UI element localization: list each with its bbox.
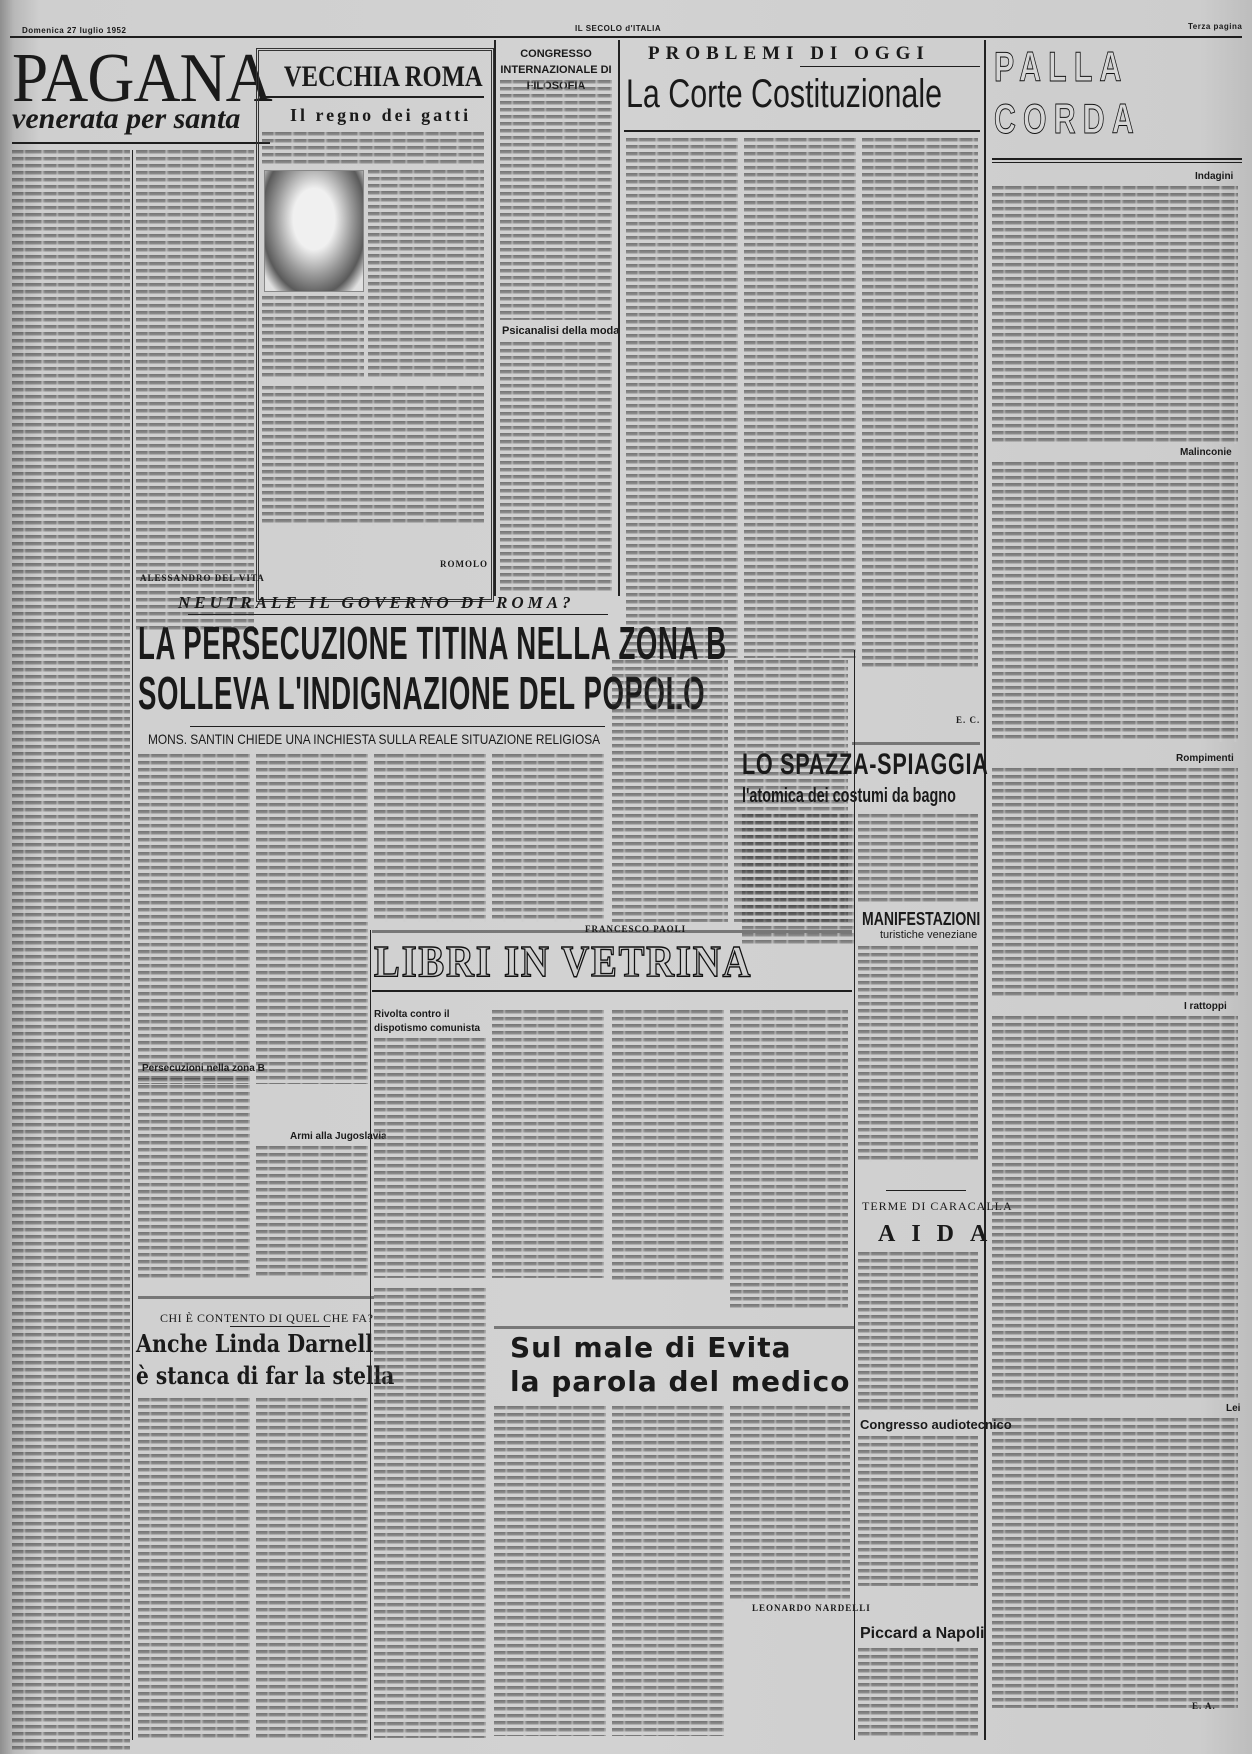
aida-title: AIDA bbox=[878, 1222, 1003, 1246]
pagana-body-col1 bbox=[12, 150, 130, 1750]
newspaper-page: Domenica 27 luglio 1952 IL SECOLO d'ITAL… bbox=[0, 0, 1252, 1754]
issue-date: Domenica 27 luglio 1952 bbox=[22, 26, 126, 35]
zona-b-kicker: NEUTRALE IL GOVERNO DI ROMA? bbox=[178, 594, 575, 611]
zona-b-deck: MONS. SANTIN CHIEDE UNA INCHIESTA SULLA … bbox=[148, 732, 600, 746]
page-label: Terza pagina bbox=[1188, 22, 1242, 31]
vecchia-roma-title: Il regno dei gatti bbox=[290, 106, 471, 124]
palla-subhead-rattoppi: I rattoppi bbox=[1184, 1002, 1227, 1012]
palla-subhead-indagini: Indagini bbox=[1195, 172, 1233, 182]
vecchia-roma-byline: ALESSANDRO DEL VITA bbox=[140, 574, 265, 583]
palla-subhead-malinconie: Malinconie bbox=[1180, 448, 1232, 458]
palla-title: PALLA bbox=[994, 46, 1129, 88]
darnell-title-line2: è stanca di far la stella bbox=[136, 1364, 394, 1388]
congresso-audiotecnico-title: Congresso audiotecnico bbox=[860, 1418, 1012, 1431]
evita-title-line1: Sul male di Evita bbox=[510, 1334, 792, 1362]
vecchia-roma-signature: ROMOLO bbox=[440, 560, 488, 569]
zona-b-subhead-armi: Armi alla Jugoslavia bbox=[290, 1132, 387, 1142]
spazza-spiaggia-title: LO SPAZZA-SPIAGGIA bbox=[742, 750, 989, 780]
vecchia-roma-kicker: VECCHIA ROMA bbox=[284, 62, 483, 92]
piccard-title: Piccard a Napoli bbox=[860, 1626, 985, 1642]
palla-subhead-rompimenti: Rompimenti bbox=[1176, 754, 1234, 764]
libri-subhead: Rivolta contro il dispotismo comunista bbox=[374, 1008, 484, 1036]
palla-signature: E. A. bbox=[1192, 1702, 1216, 1711]
zona-b-subhead-persecuzioni: Persecuzioni nella zona B bbox=[142, 1064, 265, 1074]
cats-illustration bbox=[264, 170, 364, 292]
libri-title: LIBRI IN VETRINA bbox=[374, 940, 752, 984]
pagana-body-col2 bbox=[136, 150, 254, 630]
corda-title: CORDA bbox=[994, 98, 1141, 140]
corte-signature: E. C. bbox=[956, 716, 980, 725]
masthead-rule bbox=[10, 36, 1242, 38]
darnell-kicker: CHI È CONTENTO DI QUEL CHE FA? bbox=[160, 1312, 373, 1324]
palla-subhead-lei: Lei bbox=[1226, 1404, 1240, 1414]
manifestazioni-subtitle: turistiche veneziane bbox=[880, 930, 977, 941]
newspaper-name: IL SECOLO d'ITALIA bbox=[575, 24, 661, 33]
psicanalisi-moda-subhead: Psicanalisi della moda bbox=[502, 326, 619, 337]
evita-byline: LEONARDO NARDELLI bbox=[752, 1604, 871, 1613]
evita-title-line2: la parola del medico bbox=[510, 1368, 850, 1396]
spazza-spiaggia-subtitle: l'atomica dei costumi da bagno bbox=[742, 786, 956, 806]
corte-kicker: PROBLEMI DI OGGI bbox=[648, 44, 930, 63]
aida-kicker: TERME DI CARACALLA bbox=[862, 1200, 1013, 1212]
corte-title: La Corte Costituzionale bbox=[626, 74, 942, 114]
manifestazioni-title: MANIFESTAZIONI bbox=[862, 910, 980, 928]
pagana-subtitle: venerata per santa bbox=[12, 104, 240, 134]
darnell-title-line1: Anche Linda Darnell bbox=[136, 1332, 373, 1356]
